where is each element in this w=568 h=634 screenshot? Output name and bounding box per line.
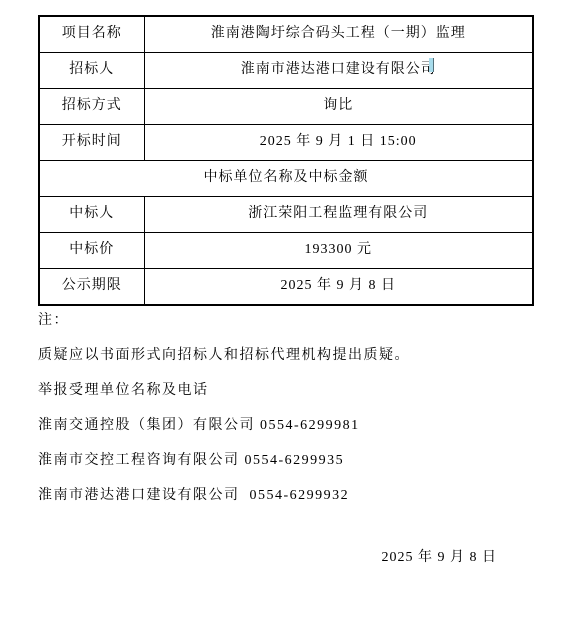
report-units-heading: 举报受理单位名称及电话 — [38, 383, 548, 398]
report-unit-2: 淮南市交控工程咨询有限公司 0554-6299935 — [38, 453, 548, 468]
table-row-winning-price: 中标价 193300 元 — [39, 233, 533, 269]
text-cursor — [429, 58, 434, 72]
winner-value: 浙江荣阳工程监理有限公司 — [144, 197, 533, 233]
winner-label: 中标人 — [39, 197, 144, 233]
winning-price-label: 中标价 — [39, 233, 144, 269]
note-label: 注： — [38, 313, 548, 328]
winning-price-value: 193300 元 — [144, 233, 533, 269]
table-row-bid-opening-time: 开标时间 2025 年 9 月 1 日 15:00 — [39, 125, 533, 161]
table-row-winner: 中标人 浙江荣阳工程监理有限公司 — [39, 197, 533, 233]
tenderer-label: 招标人 — [39, 53, 144, 89]
bid-opening-time-value: 2025 年 9 月 1 日 15:00 — [144, 125, 533, 161]
bid-opening-time-label: 开标时间 — [39, 125, 144, 161]
project-name-label: 项目名称 — [39, 16, 144, 53]
publicity-period-label: 公示期限 — [39, 269, 144, 306]
table-row-tenderer: 招标人 淮南市港达港口建设有限公司 — [39, 53, 533, 89]
report-unit-1: 淮南交通控股（集团）有限公司 0554-6299981 — [38, 418, 548, 433]
project-name-value: 淮南港陶圩综合码头工程（一期）监理 — [144, 16, 533, 53]
tenderer-value: 淮南市港达港口建设有限公司 — [144, 53, 533, 89]
table-row-publicity-period: 公示期限 2025 年 9 月 8 日 — [39, 269, 533, 306]
tender-method-value: 询比 — [144, 89, 533, 125]
publicity-period-value: 2025 年 9 月 8 日 — [144, 269, 533, 306]
table-row-tender-method: 招标方式 询比 — [39, 89, 533, 125]
table-row-project-name: 项目名称 淮南港陶圩综合码头工程（一期）监理 — [39, 16, 533, 53]
announcement-date: 2025 年 9 月 8 日 — [382, 546, 498, 566]
document-page: 项目名称 淮南港陶圩综合码头工程（一期）监理 招标人 淮南市港达港口建设有限公司… — [0, 0, 568, 634]
tender-method-label: 招标方式 — [39, 89, 144, 125]
notes-section: 注： 质疑应以书面形式向招标人和招标代理机构提出质疑。 举报受理单位名称及电话 … — [38, 313, 548, 523]
objection-note: 质疑应以书面形式向招标人和招标代理机构提出质疑。 — [38, 348, 548, 363]
winner-section-header: 中标单位名称及中标金额 — [39, 161, 533, 197]
bid-announcement-table: 项目名称 淮南港陶圩综合码头工程（一期）监理 招标人 淮南市港达港口建设有限公司… — [38, 15, 534, 306]
table-row-section-header: 中标单位名称及中标金额 — [39, 161, 533, 197]
report-unit-3: 淮南市港达港口建设有限公司 0554-6299932 — [38, 488, 548, 503]
